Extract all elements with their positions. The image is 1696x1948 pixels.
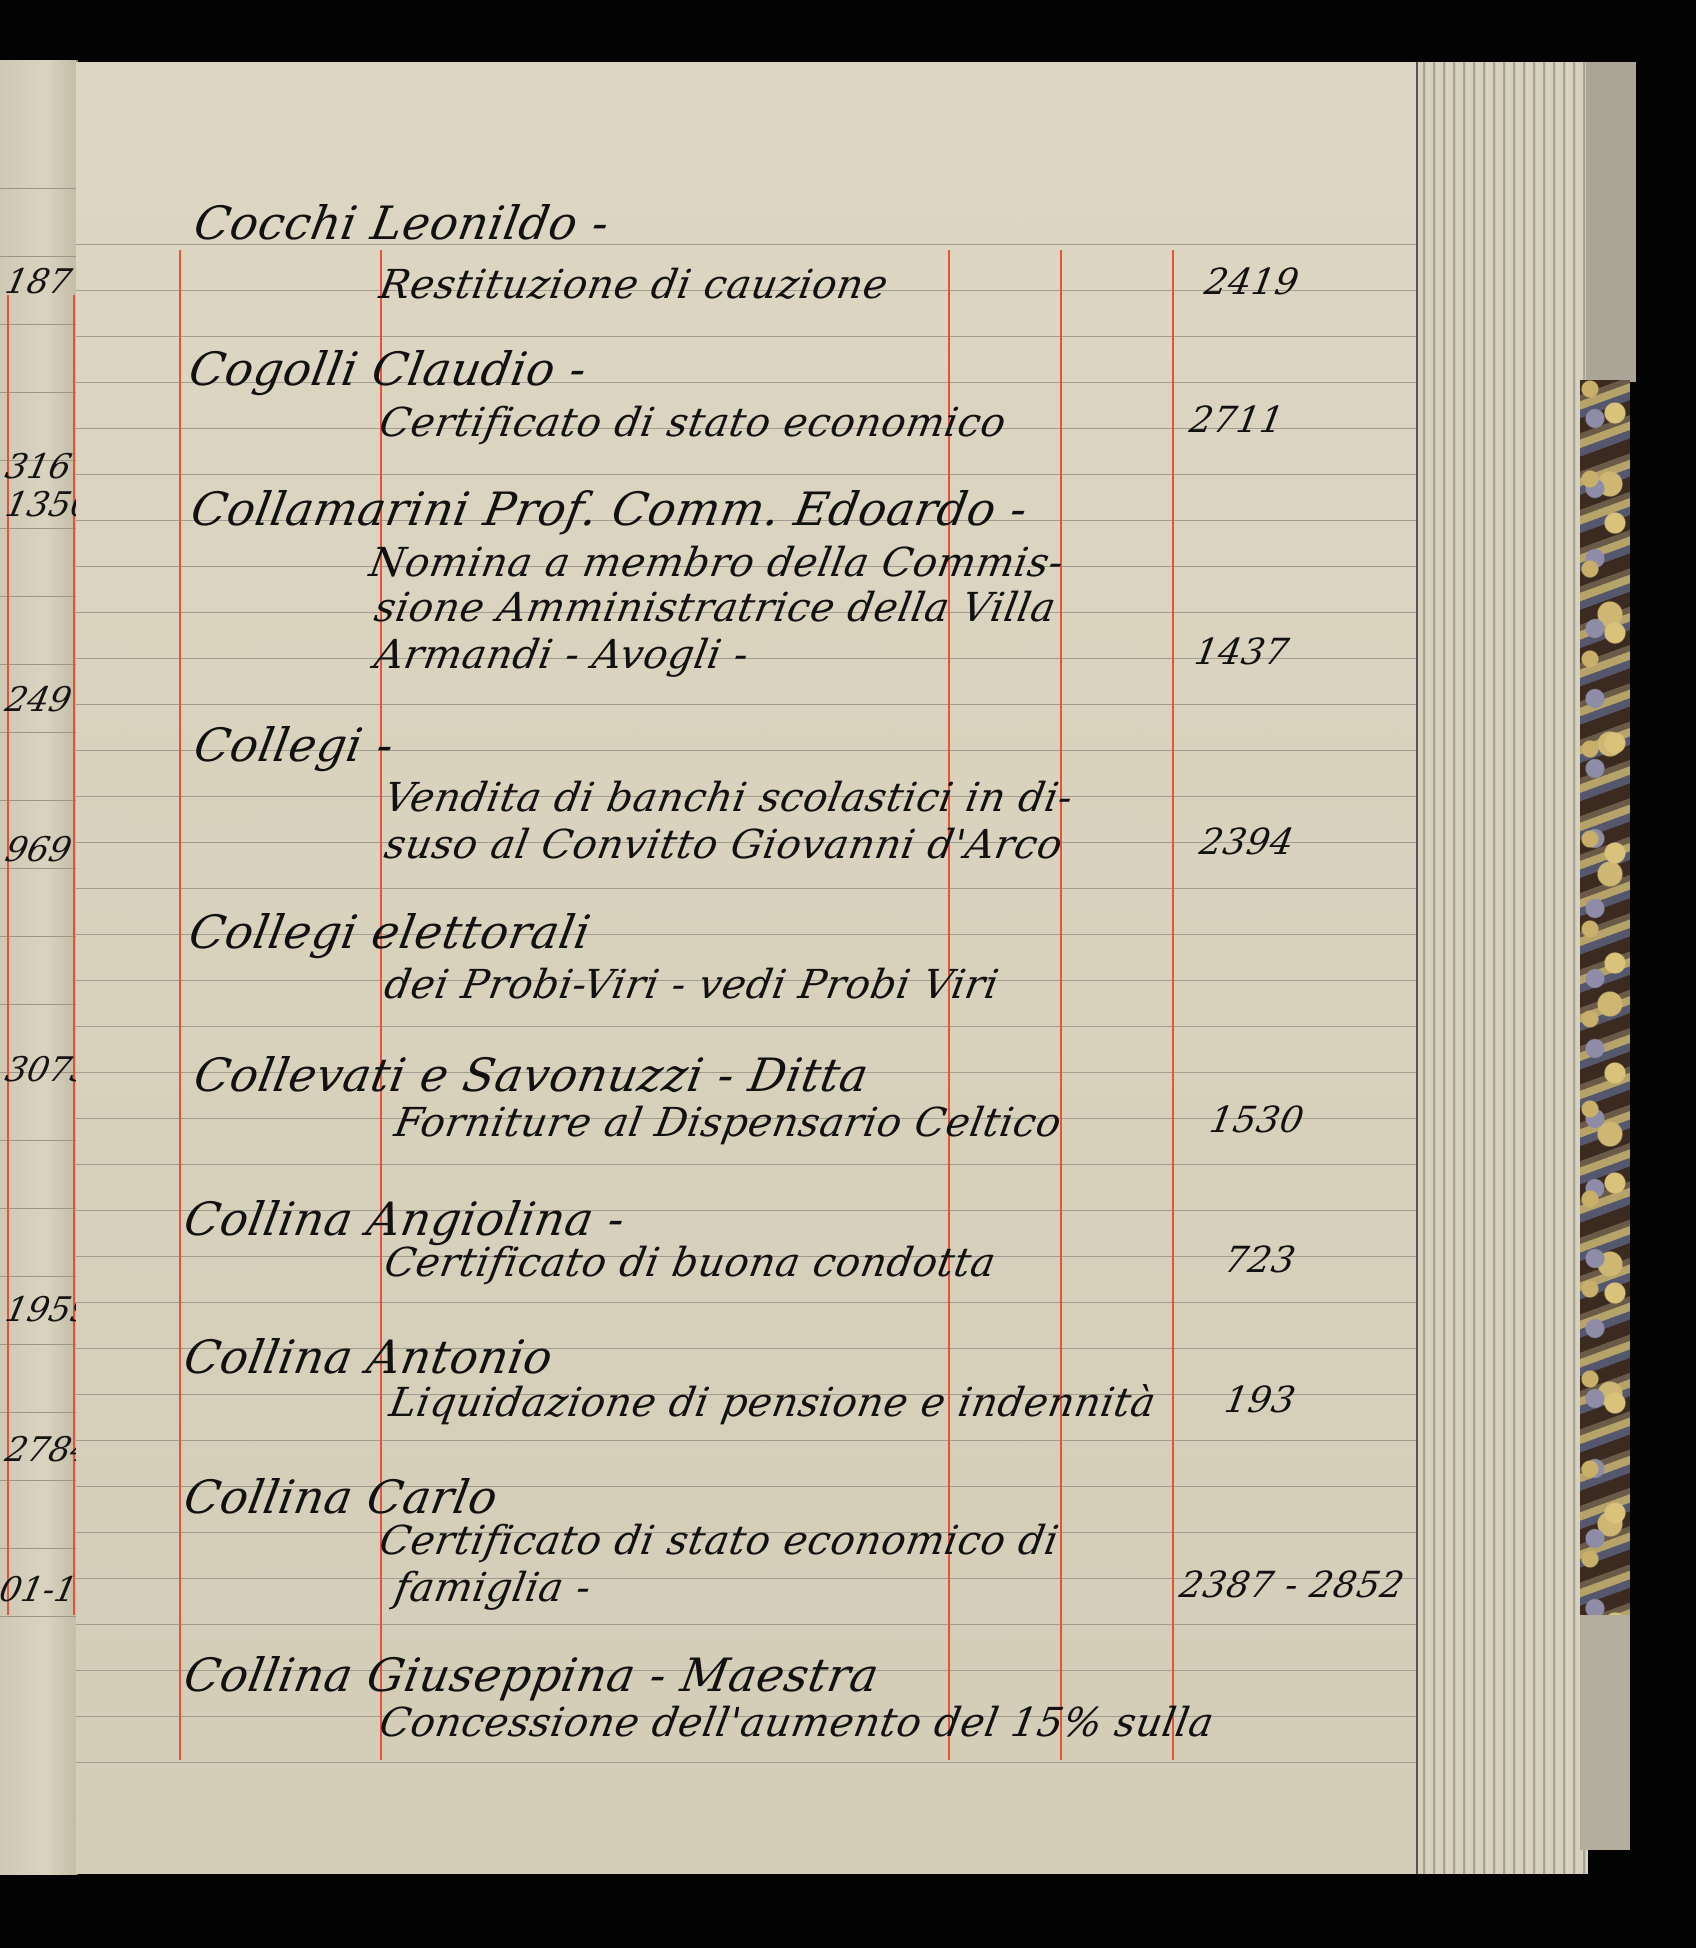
entry-description: Certificato di buona condotta <box>381 1240 999 1286</box>
entry-description: dei Probi-Viri - vedi Probi Viri <box>381 962 1002 1008</box>
column-rule-name <box>179 250 181 1760</box>
entry-name: Collegi elettorali <box>185 905 595 959</box>
margin-number: 187 <box>2 262 75 302</box>
entry-reference: 2419 <box>1201 262 1302 303</box>
entry-name: Collina Giuseppina - Maestra <box>180 1648 883 1702</box>
column-rule-reference <box>1172 250 1174 1760</box>
entry-description: famiglia - <box>391 1565 595 1611</box>
scanned-ledger-image: 187 316 1350 249 969 3073 1959 2784 01-1… <box>0 0 1696 1948</box>
entry-name: Collina Antonio <box>180 1330 557 1384</box>
entry-description: Vendita di banchi scolastici in di- <box>381 775 1076 821</box>
entry-name: Collina Angiolina - <box>180 1192 629 1246</box>
cover-vellum-bottom <box>1580 1615 1630 1850</box>
entry-description: sione Amministratrice della Villa <box>371 585 1059 631</box>
marbled-cover <box>1580 380 1630 1615</box>
entry-description: Concessione dell'aumento del 15% sulla <box>376 1700 1218 1746</box>
entry-description: Certificato di stato economico di <box>376 1518 1062 1564</box>
entry-description: Forniture al Dispensario Celtico <box>391 1100 1065 1146</box>
column-rule-blank-2 <box>1060 250 1062 1760</box>
entry-reference: 1437 <box>1191 632 1292 673</box>
entry-name: Cogolli Claudio - <box>185 342 591 396</box>
entry-reference: 193 <box>1221 1380 1298 1421</box>
entry-name: Collina Carlo <box>180 1470 502 1524</box>
entry-description: Nomina a membro della Commis- <box>366 540 1067 586</box>
entry-reference: 2387 - 2852 <box>1176 1565 1407 1606</box>
entry-description: Restituzione di cauzione <box>376 262 892 308</box>
cover-vellum-top <box>1586 62 1636 382</box>
margin-number: 316 <box>2 447 75 487</box>
entry-reference: 2711 <box>1186 400 1287 441</box>
entry-reference: 1530 <box>1206 1100 1307 1141</box>
entry-description: Liquidazione di pensione e indennità <box>386 1380 1159 1426</box>
entry-description: suso al Convitto Giovanni d'Arco <box>381 822 1066 868</box>
margin-number: 969 <box>2 830 75 870</box>
entry-description: Certificato di stato economico <box>376 400 1010 446</box>
page-edges <box>1416 62 1588 1874</box>
margin-number: 249 <box>2 680 75 720</box>
entry-name: Collegi - <box>190 718 398 772</box>
entry-name: Cocchi Leonildo - <box>190 196 613 250</box>
entry-reference: 2394 <box>1196 822 1297 863</box>
entry-reference: 723 <box>1221 1240 1298 1281</box>
entry-name: Collevati e Savonuzzi - Ditta <box>190 1048 872 1102</box>
entry-description: Armandi - Avogli - <box>371 632 752 678</box>
entry-name: Collamarini Prof. Comm. Edoardo - <box>187 482 1032 536</box>
